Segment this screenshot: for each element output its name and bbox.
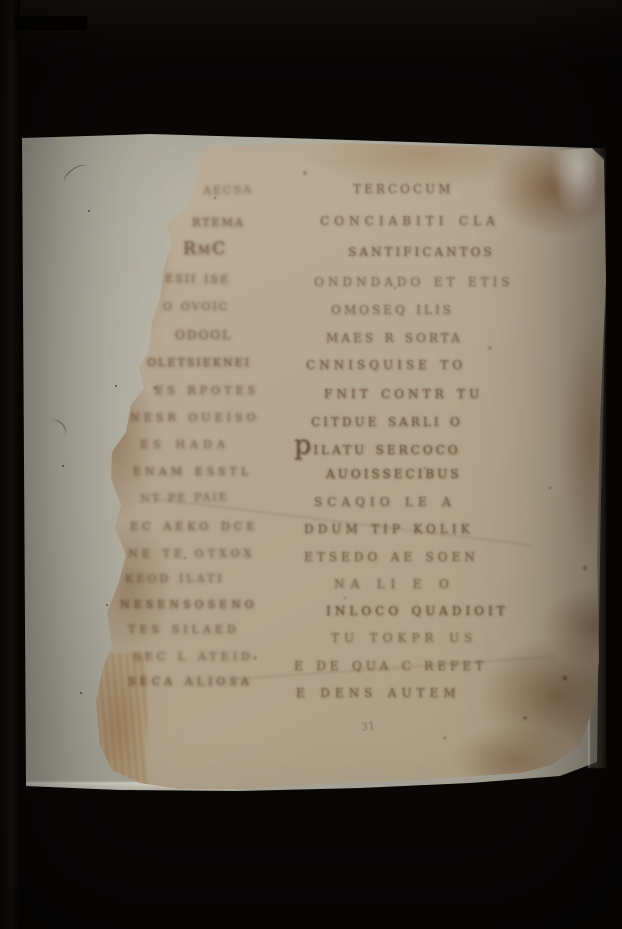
manuscript-line: pilatu sercoco	[294, 430, 461, 461]
manuscript-line: sec l ateid	[133, 646, 254, 664]
manuscript-line: tercocum	[353, 178, 453, 198]
manuscript-line: fnit contr tu	[324, 383, 483, 403]
manuscript-line: ondndado et etis	[314, 271, 514, 291]
manuscript-line: omoseq ilis	[331, 299, 454, 319]
manuscript-line: nesensoseno	[120, 594, 258, 612]
fiber-hair	[47, 417, 70, 441]
dust-specks	[20, 132, 22, 134]
manuscript-line: RmC	[183, 239, 227, 259]
manuscript-line: nesr oueiso	[130, 407, 259, 425]
fiber-hair	[61, 161, 91, 188]
manuscript-line: es hada	[140, 434, 230, 452]
manuscript-line: esii ise	[165, 268, 230, 287]
manuscript-line: oletsieknei	[147, 352, 251, 370]
manuscript-line: enam esstl	[133, 461, 252, 479]
manuscript-line: e dens autem	[296, 682, 461, 702]
manuscript-line: na li e o	[334, 573, 455, 593]
pencil-page-mark: 31	[360, 719, 375, 733]
manuscript-line: cnnisquise to	[306, 354, 466, 374]
manuscript-line: e de qua c refet	[294, 655, 487, 675]
manuscript-line: scaqio le a	[314, 491, 456, 511]
manuscript-line: santificantos	[348, 241, 495, 261]
slide-frame-notch	[15, 16, 87, 30]
manuscript-photograph: aecsa rtema RmC esii ise o ovoic odool o…	[0, 0, 622, 929]
manuscript-line: o ovoic	[163, 296, 229, 314]
manuscript-line: es rpotes	[155, 380, 259, 398]
manuscript-line: odool	[175, 324, 232, 344]
manuscript-line: conciabiti cla	[320, 210, 500, 230]
manuscript-line: ddum tip kolik	[304, 518, 473, 538]
manuscript-line: tes silaed	[128, 619, 240, 637]
slide-frame-top	[0, 0, 622, 62]
manuscript-line: nt pe paie	[140, 486, 229, 506]
manuscript-line: seca aliosa	[128, 671, 253, 689]
slide-frame-left-strip	[0, 0, 20, 929]
manuscript-line: aecsa	[203, 179, 253, 198]
manuscript-line: tu tokpr us	[331, 627, 477, 647]
manuscript-line: auoissecibus	[326, 463, 461, 483]
manuscript-line: ec aeko dce	[130, 516, 258, 534]
manuscript-line: rtema	[192, 212, 245, 230]
paper-showing-through-corner	[552, 146, 596, 216]
manuscript-line: inloco quadioit	[326, 600, 509, 620]
manuscript-line: etsedo ae soen	[304, 546, 479, 566]
manuscript-line: keod ilati	[125, 568, 225, 586]
manuscript-line: maes r sorta	[326, 327, 463, 347]
parchment-fragment: aecsa rtema RmC esii ise o ovoic odool o…	[95, 138, 607, 793]
manuscript-line: ne te otxox	[128, 543, 255, 561]
manuscript-line: citdue sarli o	[311, 411, 463, 431]
